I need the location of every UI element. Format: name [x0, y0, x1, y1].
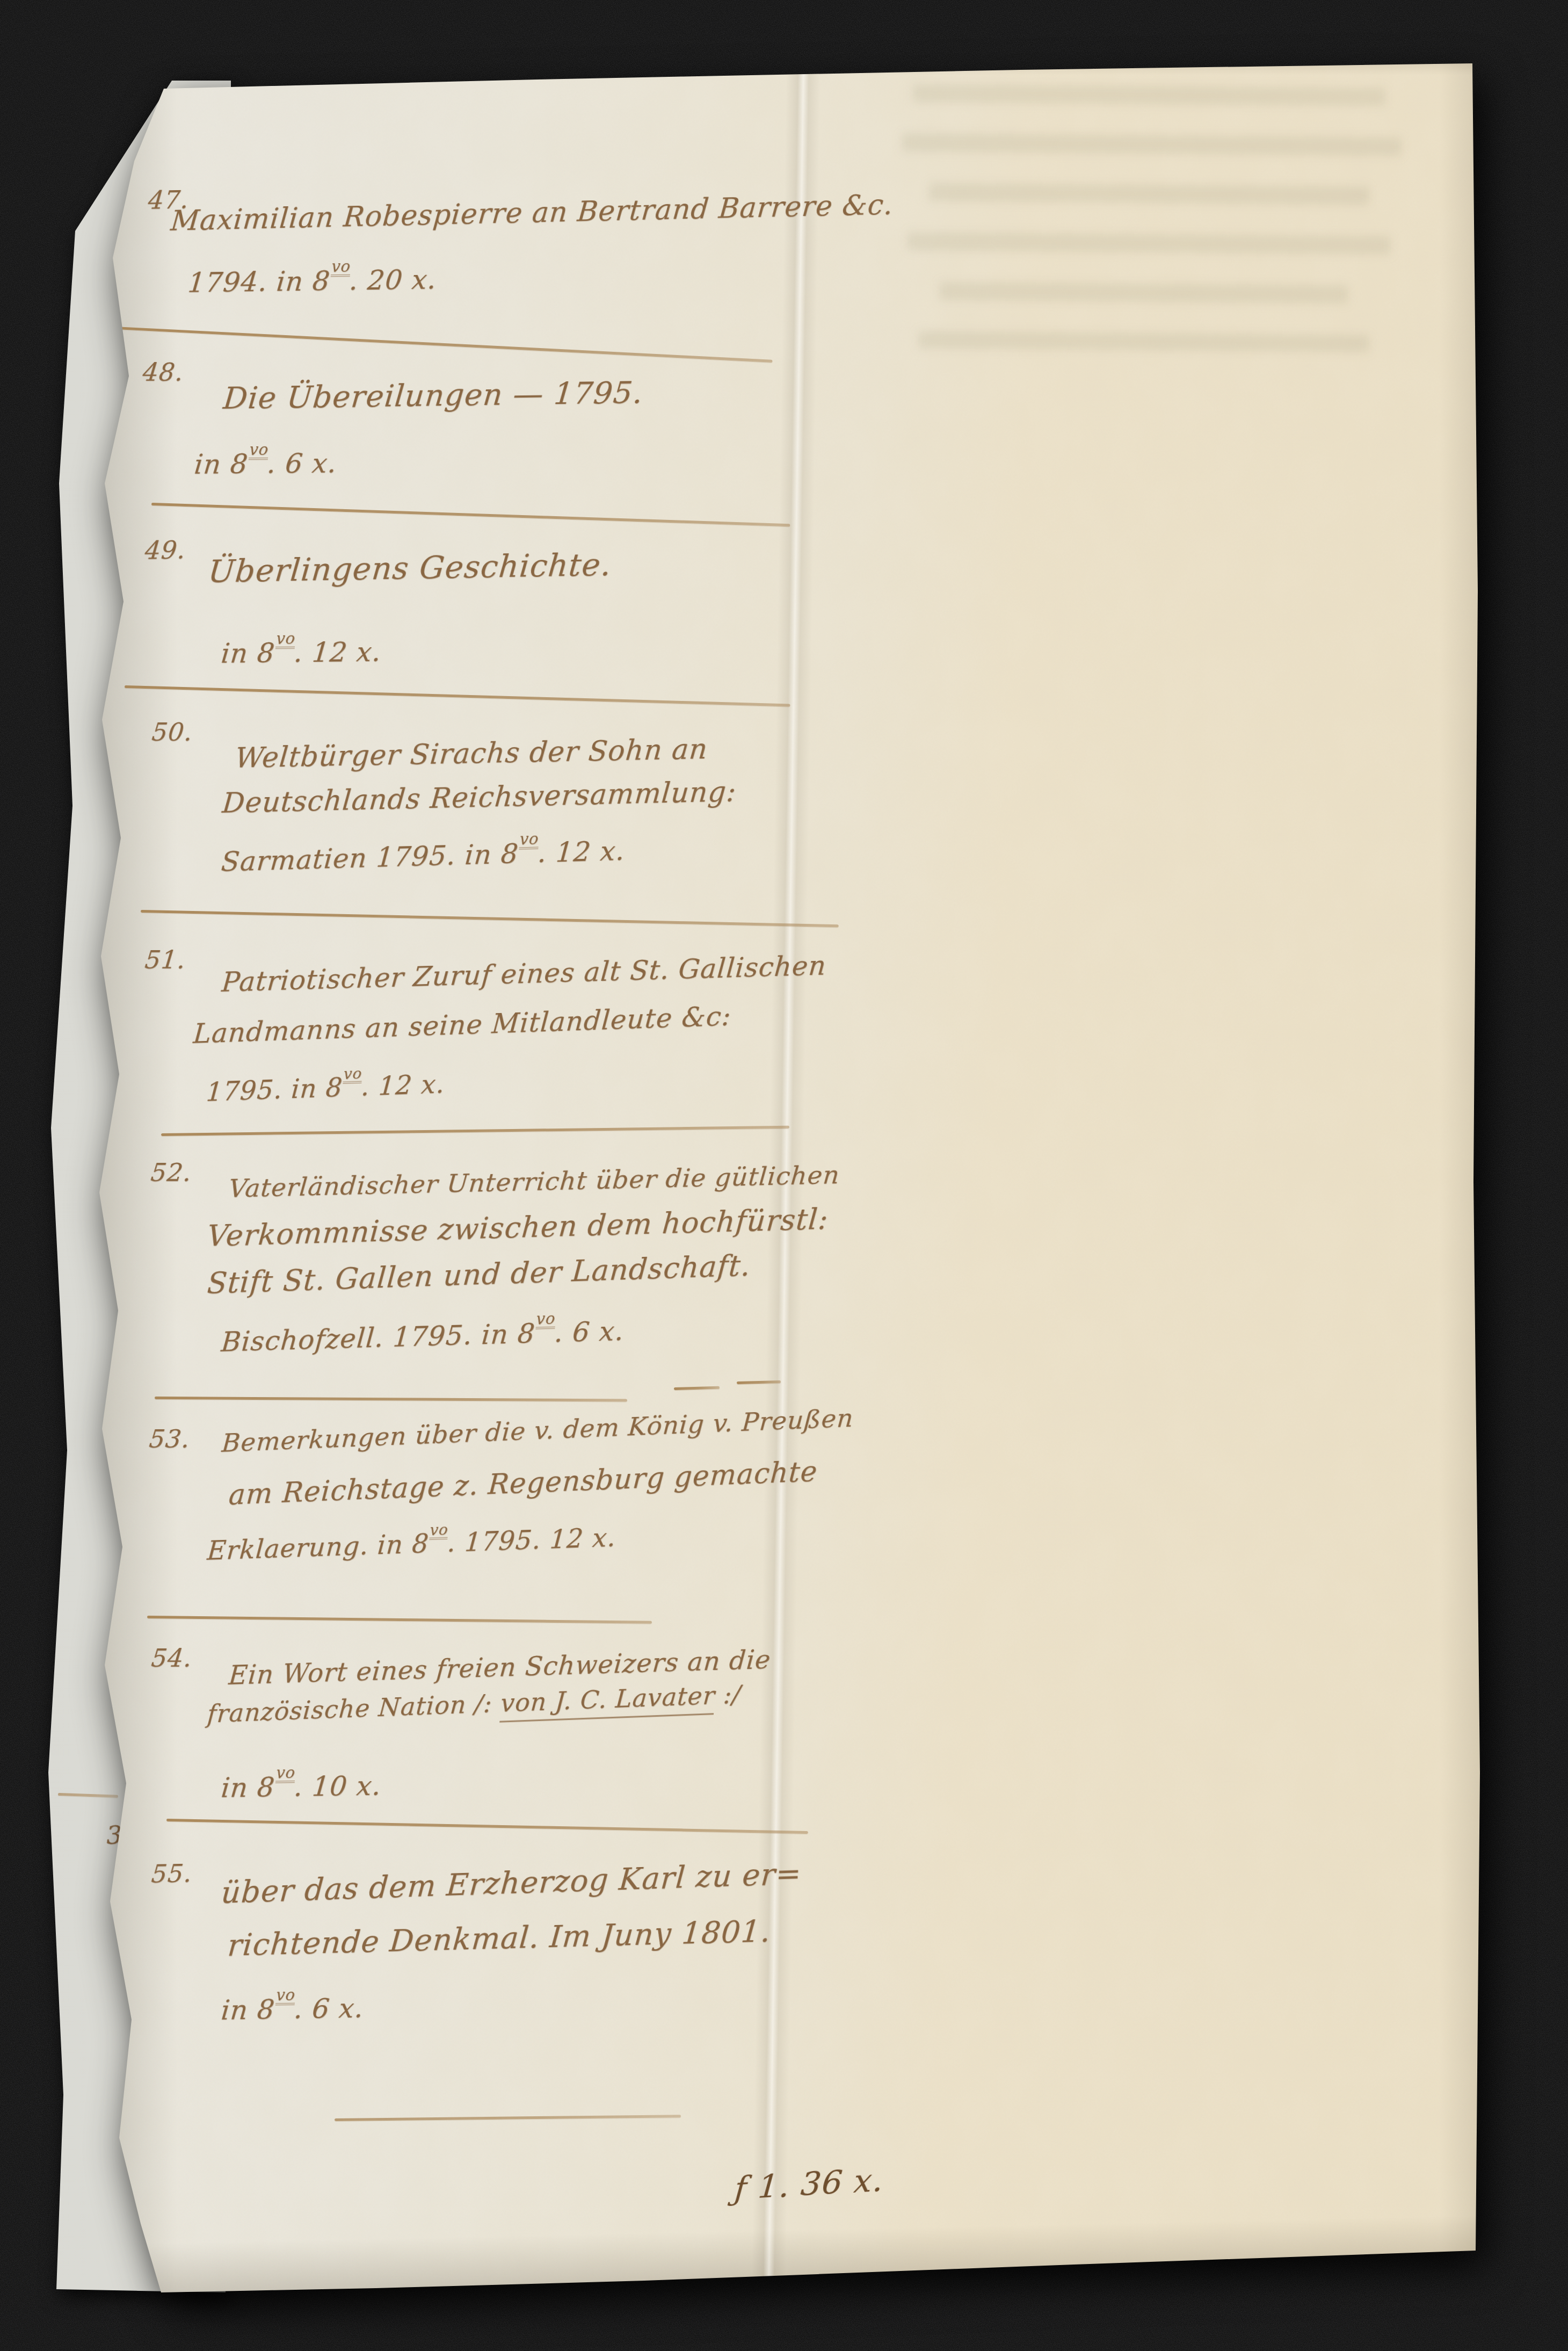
manuscript-page: 47. Maximilian Robespierre an Bertrand B…: [0, 0, 1568, 2351]
scanned-document-photo: { "page": { "background_color": "#131313…: [0, 0, 1568, 2351]
paper-grain-texture: [0, 0, 1568, 2351]
manuscript-sheet-wrap: 47. Maximilian Robespierre an Bertrand B…: [0, 0, 1568, 2351]
